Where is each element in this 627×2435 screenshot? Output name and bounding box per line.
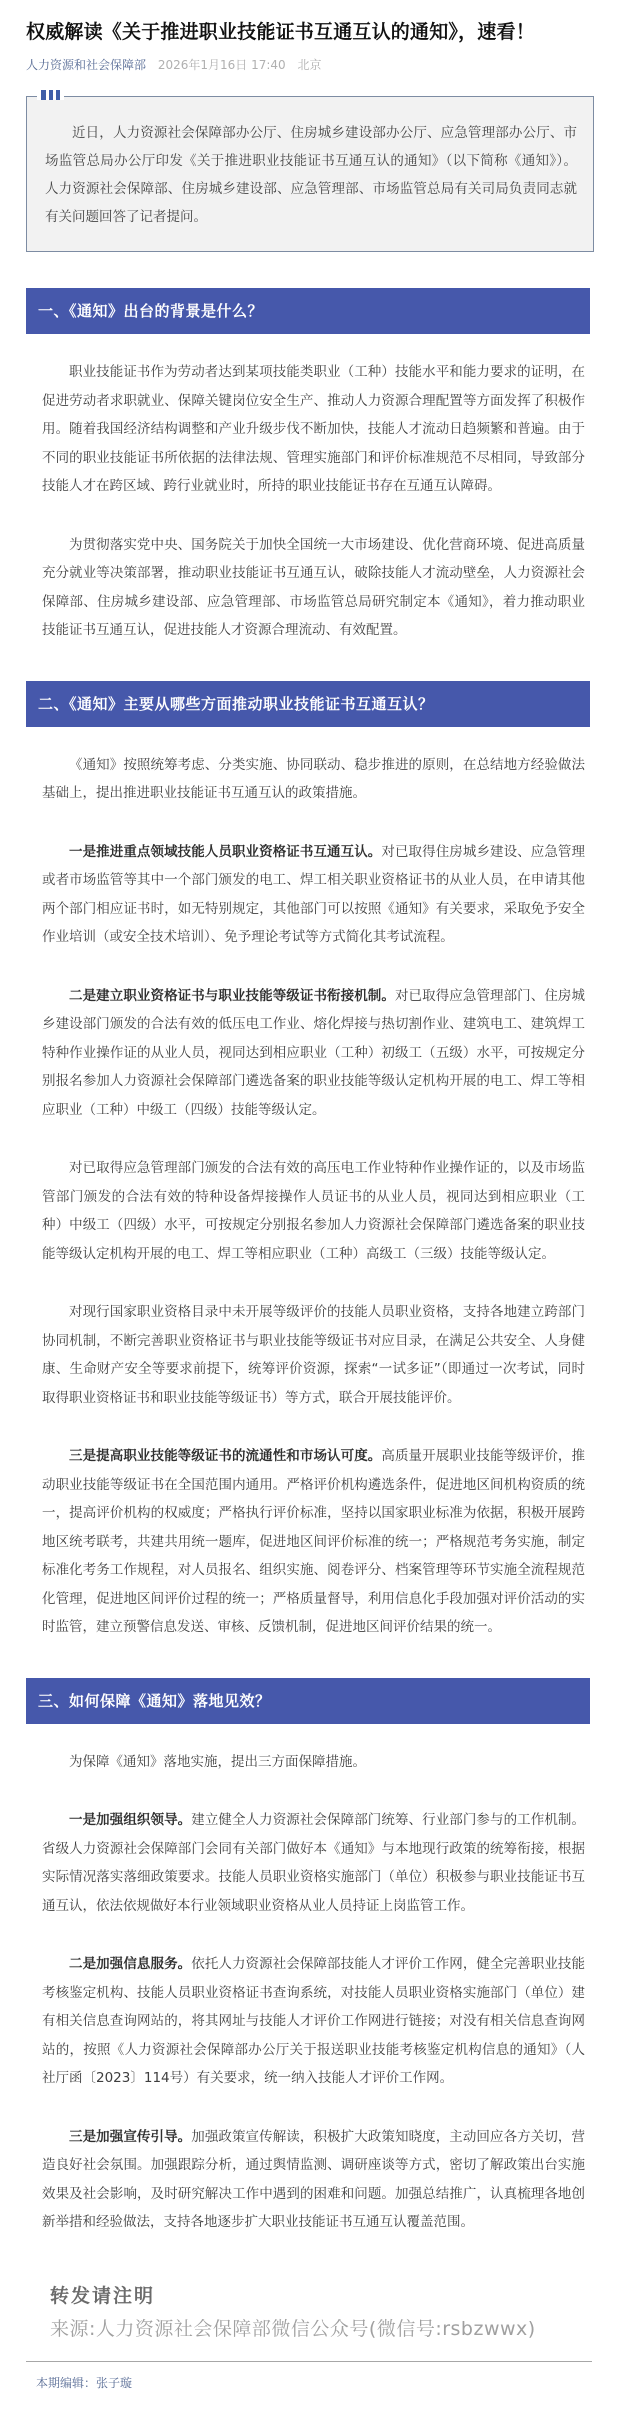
paragraph: 《通知》按照统筹考虑、分类实施、协同联动、稳步推进的原则，在总结地方经验做法基础… (42, 751, 585, 808)
section-heading: 一、《通知》出台的背景是什么？ (26, 288, 590, 334)
section-heading: 三、如何保障《通知》落地见效？ (26, 1678, 590, 1724)
section-1: 一、《通知》出台的背景是什么？ 职业技能证书作为劳动者达到某项技能类职业（工种）… (26, 288, 595, 645)
bars-decoration-icon (37, 90, 64, 100)
footer-divider (26, 2361, 592, 2362)
paragraph: 一是加强组织领导。建立健全人力资源社会保障部门统筹、行业部门参与的工作机制。省级… (42, 1806, 585, 1920)
intro-box: 近日，人力资源社会保障部办公厅、住房城乡建设部办公厅、应急管理部办公厅、市场监管… (26, 96, 594, 252)
paragraph: 职业技能证书作为劳动者达到某项技能类职业（工种）技能水平和能力要求的证明，在促进… (42, 358, 585, 501)
paragraph: 对现行国家职业资格目录中未开展等级评价的技能人员职业资格，支持各地建立跨部门协同… (42, 1298, 585, 1412)
repost-notice: 转发请注明 来源:人力资源社会保障部微信公众号(微信号:rsbzwwx) (50, 2281, 595, 2341)
article-body: 一、《通知》出台的背景是什么？ 职业技能证书作为劳动者达到某项技能类职业（工种）… (26, 288, 595, 2237)
paragraph-text: 为贯彻落实党中央、国务院关于加快全国统一大市场建设、优化营商环境、促进高质量充分… (42, 537, 585, 639)
paragraph: 为贯彻落实党中央、国务院关于加快全国统一大市场建设、优化营商环境、促进高质量充分… (42, 531, 585, 645)
paragraph-lead: 一是加强组织领导。 (69, 1812, 191, 1828)
paragraph: 三是加强宣传引导。加强政策宣传解读，积极扩大政策知晓度，主动回应各方关切，营造良… (42, 2123, 585, 2237)
paragraph-text: 对现行国家职业资格目录中未开展等级评价的技能人员职业资格，支持各地建立跨部门协同… (42, 1304, 585, 1406)
paragraph-text: 职业技能证书作为劳动者达到某项技能类职业（工种）技能水平和能力要求的证明，在促进… (42, 364, 585, 494)
article-meta: 人力资源和社会保障部 2026年1月16日 17:40 北京 (26, 56, 595, 74)
section-3: 三、如何保障《通知》落地见效？ 为保障《通知》落地实施，提出三方面保障措施。 一… (26, 1678, 595, 2237)
paragraph-lead: 二是建立职业资格证书与职业技能等级证书衔接机制。 (69, 988, 395, 1004)
paragraph: 一是推进重点领域技能人员职业资格证书互通互认。对已取得住房城乡建设、应急管理或者… (42, 838, 585, 952)
paragraph-text: 依托人力资源社会保障部技能人才评价工作网，健全完善职业技能考核鉴定机构、技能人员… (42, 1956, 585, 2086)
paragraph-lead: 二是加强信息服务。 (69, 1956, 191, 1972)
editor-credit: 本期编辑：张子璇 (36, 2374, 595, 2391)
paragraph-text: 《通知》按照统筹考虑、分类实施、协同联动、稳步推进的原则，在总结地方经验做法基础… (42, 757, 585, 802)
intro-text: 近日，人力资源社会保障部办公厅、住房城乡建设部办公厅、应急管理部办公厅、市场监管… (45, 119, 577, 231)
paragraph-text: 高质量开展职业技能等级评价，推动职业技能等级证书在全国范围内通用。严格评价机构遴… (42, 1448, 585, 1635)
paragraph: 为保障《通知》落地实施，提出三方面保障措施。 (42, 1748, 585, 1777)
paragraph: 二是建立职业资格证书与职业技能等级证书衔接机制。对已取得应急管理部门、住房城乡建… (42, 982, 585, 1125)
paragraph: 三是提高职业技能等级证书的流通性和市场认可度。高质量开展职业技能等级评价，推动职… (42, 1442, 585, 1642)
source-line: 来源:人力资源社会保障部微信公众号(微信号:rsbzwwx) (50, 2314, 595, 2341)
article-page: 权威解读《关于推进职业技能证书互通互认的通知》，速看！ 人力资源和社会保障部 2… (0, 0, 627, 2435)
paragraph-text: 对已取得应急管理部门、住房城乡建设部门颁发的合法有效的低压电工作业、熔化焊接与热… (42, 988, 585, 1118)
paragraph-text: 对已取得应急管理部门颁发的合法有效的高压电工作业特种作业操作证的，以及市场监管部… (42, 1160, 585, 1262)
account-name-link[interactable]: 人力资源和社会保障部 (26, 58, 146, 72)
article-title: 权威解读《关于推进职业技能证书互通互认的通知》，速看！ (26, 0, 595, 46)
paragraph-lead: 三是加强宣传引导。 (69, 2129, 191, 2145)
paragraph-lead: 一是推进重点领域技能人员职业资格证书互通互认。 (69, 844, 381, 860)
paragraph-lead: 三是提高职业技能等级证书的流通性和市场认可度。 (69, 1448, 381, 1464)
publish-date: 2026年1月16日 17:40 (158, 58, 286, 72)
paragraph: 对已取得应急管理部门颁发的合法有效的高压电工作业特种作业操作证的，以及市场监管部… (42, 1154, 585, 1268)
section-heading: 二、《通知》主要从哪些方面推动职业技能证书互通互认？ (26, 681, 590, 727)
repost-heading: 转发请注明 (50, 2281, 595, 2308)
section-2: 二、《通知》主要从哪些方面推动职业技能证书互通互认？ 《通知》按照统筹考虑、分类… (26, 681, 595, 1642)
paragraph-text: 为保障《通知》落地实施，提出三方面保障措施。 (69, 1754, 366, 1770)
paragraph: 二是加强信息服务。依托人力资源社会保障部技能人才评价工作网，健全完善职业技能考核… (42, 1950, 585, 2093)
publish-location: 北京 (298, 58, 322, 72)
